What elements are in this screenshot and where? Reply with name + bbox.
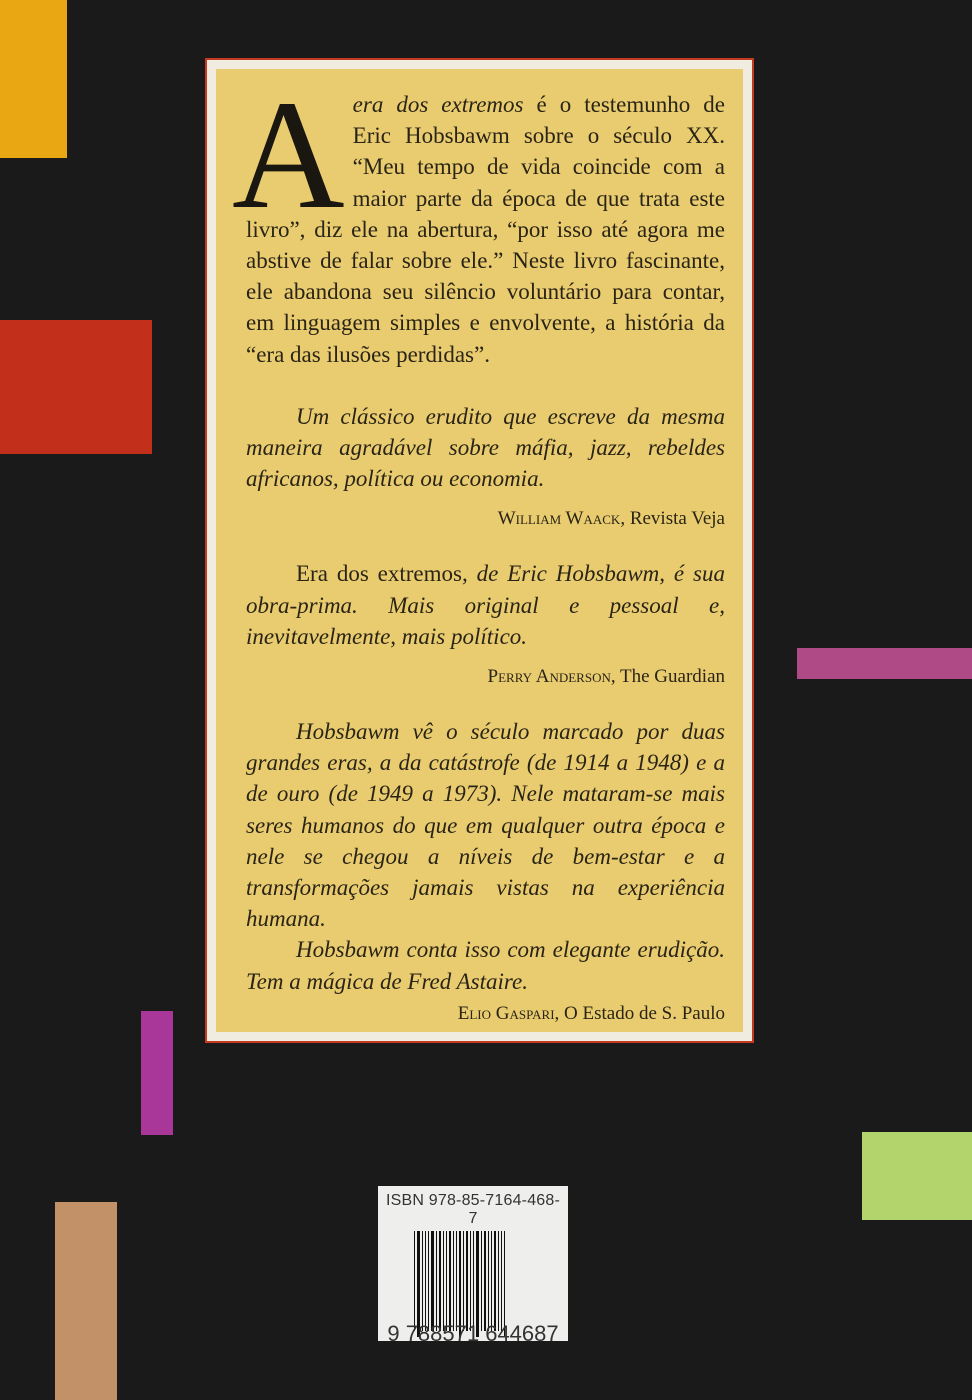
quote-3-text-2: Hobsbawm conta isso com elegante erudiçã… — [246, 934, 725, 996]
quote-2-text: Era dos extremos, de Eric Hobsbawm, é su… — [246, 558, 725, 652]
isbn-label: ISBN 978-85-7164-468-7 — [384, 1192, 562, 1228]
tan-bar — [55, 1202, 117, 1400]
quote-1-author: William Waack — [498, 508, 621, 529]
book-title-italic: era dos extremos — [353, 92, 524, 117]
quote-1-attribution: William Waack, Revista Veja — [246, 506, 725, 532]
blurb-panel: Aera dos extremos é o testemunho de Eric… — [216, 69, 743, 1032]
magenta-bar-right — [797, 648, 972, 679]
quote-2-title: Era dos extremos — [296, 561, 462, 586]
orange-block — [0, 0, 67, 158]
intro-paragraph: Aera dos extremos é o testemunho de Eric… — [246, 89, 725, 370]
quote-3-attribution: Elio Gaspari, O Estado de S. Paulo — [246, 1001, 725, 1027]
isbn-barcode: ISBN 978-85-7164-468-7 9 788571 644687 — [378, 1186, 568, 1341]
red-block — [0, 320, 152, 454]
quote-3-author: Elio Gaspari — [458, 1003, 555, 1024]
quote-3-text: Hobsbawm vê o século marcado por duas gr… — [246, 716, 725, 934]
quote-3-source: , O Estado de S. Paulo — [555, 1003, 725, 1024]
quote-2-author: Perry Anderson — [488, 666, 611, 687]
quote-1-source: , Revista Veja — [620, 508, 725, 529]
green-block — [862, 1132, 972, 1220]
blurb-frame: Aera dos extremos é o testemunho de Eric… — [205, 58, 754, 1043]
barcode-digits: 9 788571 644687 — [384, 1321, 562, 1347]
magenta-bar-left — [141, 1011, 173, 1135]
quote-1-text: Um clássico erudito que escreve da mesma… — [246, 401, 725, 495]
quote-2-source: , The Guardian — [611, 666, 725, 687]
drop-cap: A — [232, 95, 345, 215]
quote-2-attribution: Perry Anderson, The Guardian — [246, 664, 725, 690]
